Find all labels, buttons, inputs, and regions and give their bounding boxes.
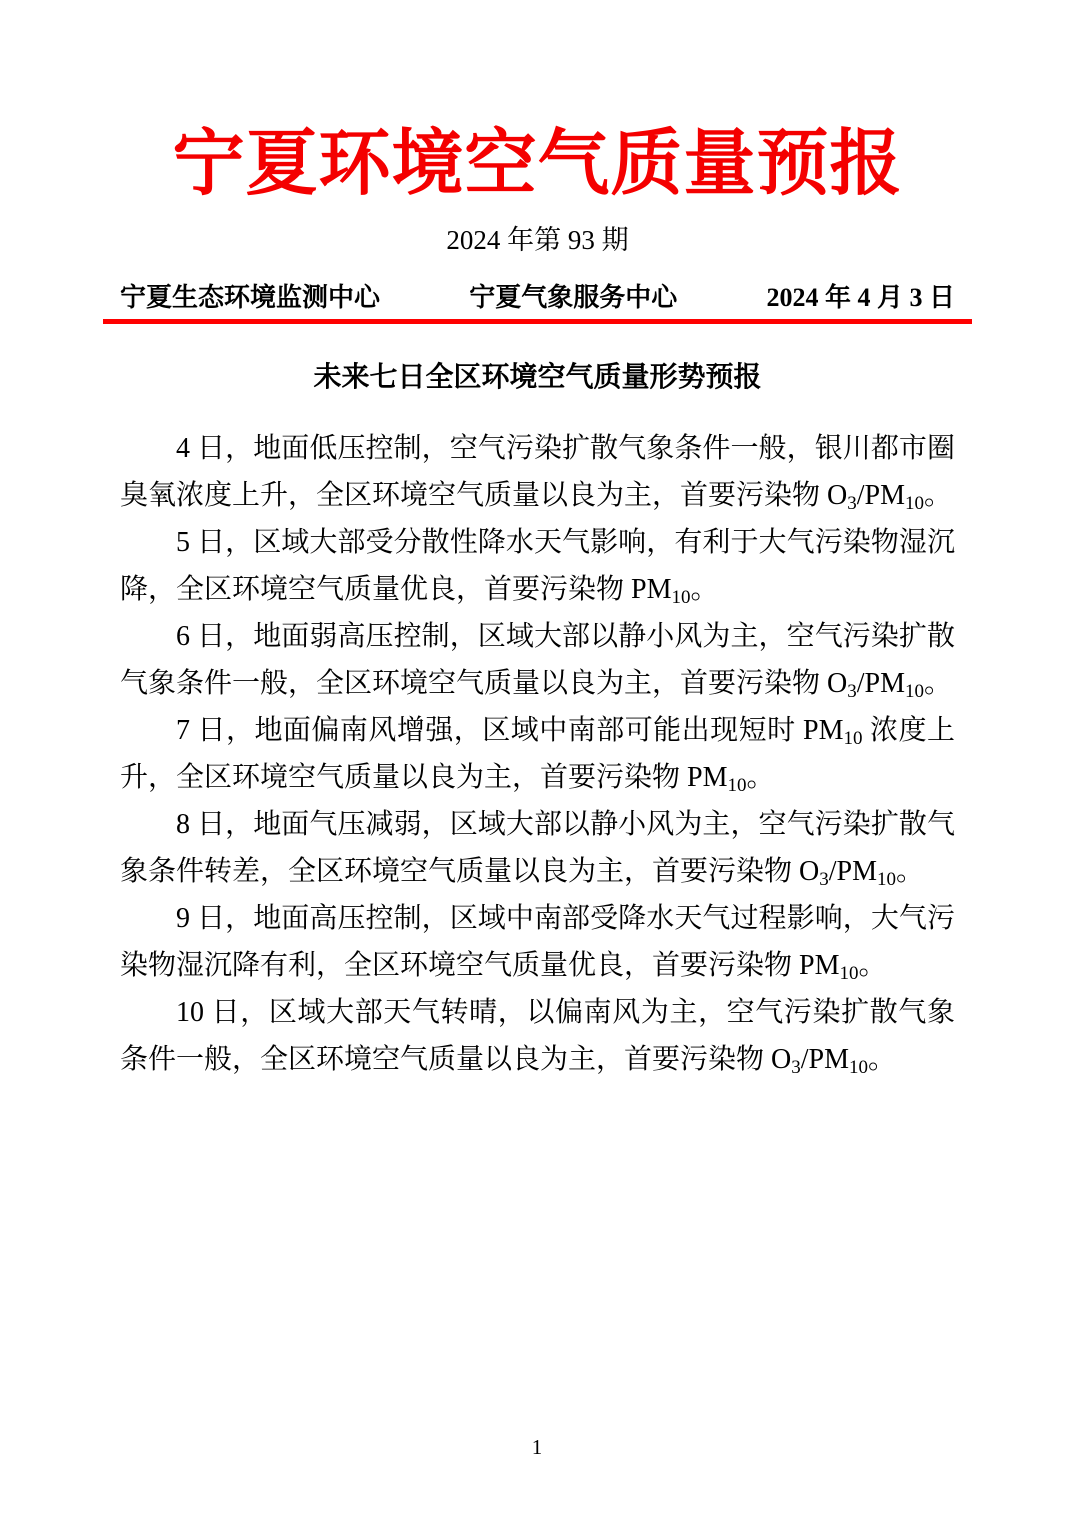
publisher-row: 宁夏生态环境监测中心 宁夏气象服务中心 2024 年 4 月 3 日 (120, 282, 955, 313)
pollutant-subscript: 10 (905, 681, 924, 702)
forecast-paragraph: 8 日，地面气压减弱，区域大部以静小风为主，空气污染扩散气象条件转差，全区环境空… (120, 801, 955, 895)
issue-date: 2024 年 4 月 3 日 (766, 282, 955, 313)
forecast-paragraph: 5 日，区域大部受分散性降水天气影响，有利于大气污染物湿沉降，全区环境空气质量优… (120, 519, 955, 613)
pollutant-subscript: 3 (847, 493, 857, 514)
publisher-weather-center: 宁夏气象服务中心 (469, 282, 677, 313)
pollutant-subscript: 10 (905, 493, 924, 514)
forecast-paragraphs: 4 日，地面低压控制，空气污染扩散气象条件一般，银川都市圈臭氧浓度上升，全区环境… (120, 425, 955, 1083)
page-number: 1 (0, 1435, 1074, 1460)
pollutant-subscript: 10 (849, 1057, 868, 1078)
document-page: 宁夏环境空气质量预报 2024 年第 93 期 宁夏生态环境监测中心 宁夏气象服… (0, 0, 1074, 1520)
pollutant-subscript: 3 (791, 1057, 801, 1078)
pollutant-subscript: 10 (727, 775, 746, 796)
forecast-paragraph: 4 日，地面低压控制，空气污染扩散气象条件一般，银川都市圈臭氧浓度上升，全区环境… (120, 425, 955, 519)
publisher-monitoring-center: 宁夏生态环境监测中心 (120, 282, 380, 313)
pollutant-subscript: 10 (877, 869, 896, 890)
forecast-paragraph: 10 日，区域大部天气转晴，以偏南风为主，空气污染扩散气象条件一般，全区环境空气… (120, 989, 955, 1083)
forecast-paragraph: 9 日，地面高压控制，区域中南部受降水天气过程影响，大气污染物湿沉降有利，全区环… (120, 895, 955, 989)
forecast-paragraph: 7 日，地面偏南风增强，区域中南部可能出现短时 PM10 浓度上升，全区环境空气… (120, 707, 955, 801)
pollutant-subscript: 3 (847, 681, 857, 702)
pollutant-subscript: 10 (671, 587, 690, 608)
pollutant-subscript: 10 (839, 963, 858, 984)
document-title: 宁夏环境空气质量预报 (120, 0, 955, 204)
header-divider-rule (103, 319, 972, 324)
pollutant-subscript: 3 (819, 869, 829, 890)
section-title: 未来七日全区环境空气质量形势预报 (120, 360, 955, 396)
pollutant-subscript: 10 (844, 728, 863, 749)
forecast-paragraph: 6 日，地面弱高压控制，区域大部以静小风为主，空气污染扩散气象条件一般，全区环境… (120, 613, 955, 707)
issue-number: 2024 年第 93 期 (120, 224, 955, 256)
